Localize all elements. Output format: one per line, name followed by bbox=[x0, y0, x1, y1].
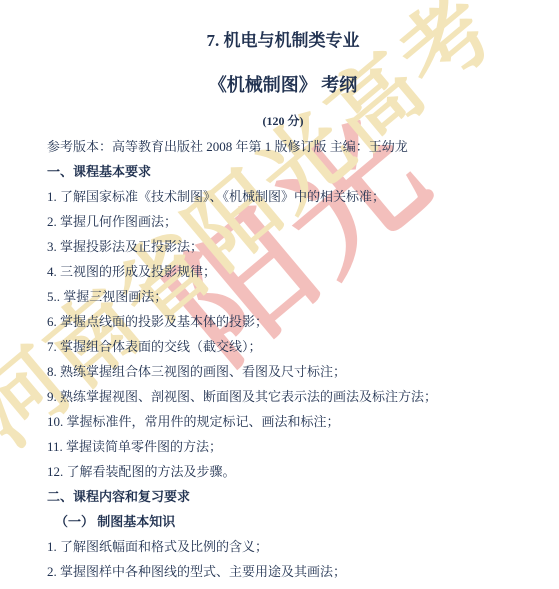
reference-edition-line: 参考版本：高等教育出版社 2008 年第 1 版修订版 主编：王幼龙 bbox=[47, 140, 519, 154]
section1-heading: 一、课程基本要求 bbox=[47, 165, 519, 179]
list-item-2: 2. 掌握几何作图画法； bbox=[47, 215, 519, 229]
list-item-1: 1. 了解国家标准《技术制图》、《机械制图》中的相关标准； bbox=[47, 190, 519, 204]
list-item-9: 9. 熟练掌握视图、剖视图、断面图及其它表示法的画法及标注方法； bbox=[47, 390, 519, 404]
list-item-7: 7. 掌握组合体表面的交线（截交线）； bbox=[47, 340, 519, 354]
list-item-8: 8. 熟练掌握组合体三视图的画图、看图及尺寸标注； bbox=[47, 365, 519, 379]
section2-item-1: 1. 了解图纸幅面和格式及比例的含义； bbox=[47, 540, 519, 554]
section2-heading: 二、课程内容和复习要求 bbox=[47, 490, 519, 504]
list-item-12: 12. 了解看装配图的方法及步骤。 bbox=[47, 465, 519, 479]
list-item-3: 3. 掌握投影法及正投影法； bbox=[47, 240, 519, 254]
doc-title-subject: 《机械制图》 考纲 bbox=[47, 71, 519, 97]
section2-subheading: （一） 制图基本知识 bbox=[47, 515, 519, 529]
list-item-4: 4. 三视图的形成及投影规律； bbox=[47, 265, 519, 279]
list-item-11: 11. 掌握读简单零件图的方法； bbox=[47, 440, 519, 454]
score-line: (120 分) bbox=[47, 112, 519, 129]
list-item-5: 5.. 掌握三视图画法； bbox=[47, 290, 519, 304]
document-page: 阳光 河南省阳光高考 7. 机电与机制类专业 《机械制图》 考纲 (120 分)… bbox=[0, 0, 559, 589]
document-content: 7. 机电与机制类专业 《机械制图》 考纲 (120 分) 参考版本：高等教育出… bbox=[0, 0, 559, 579]
doc-title-major: 7. 机电与机制类专业 bbox=[47, 26, 519, 51]
section2-item-2: 2. 掌握图样中各种图线的型式、主要用途及其画法； bbox=[47, 565, 519, 579]
list-item-10: 10. 掌握标准件，常用件的规定标记、画法和标注； bbox=[47, 415, 519, 429]
list-item-6: 6. 掌握点线面的投影及基本体的投影； bbox=[47, 315, 519, 329]
